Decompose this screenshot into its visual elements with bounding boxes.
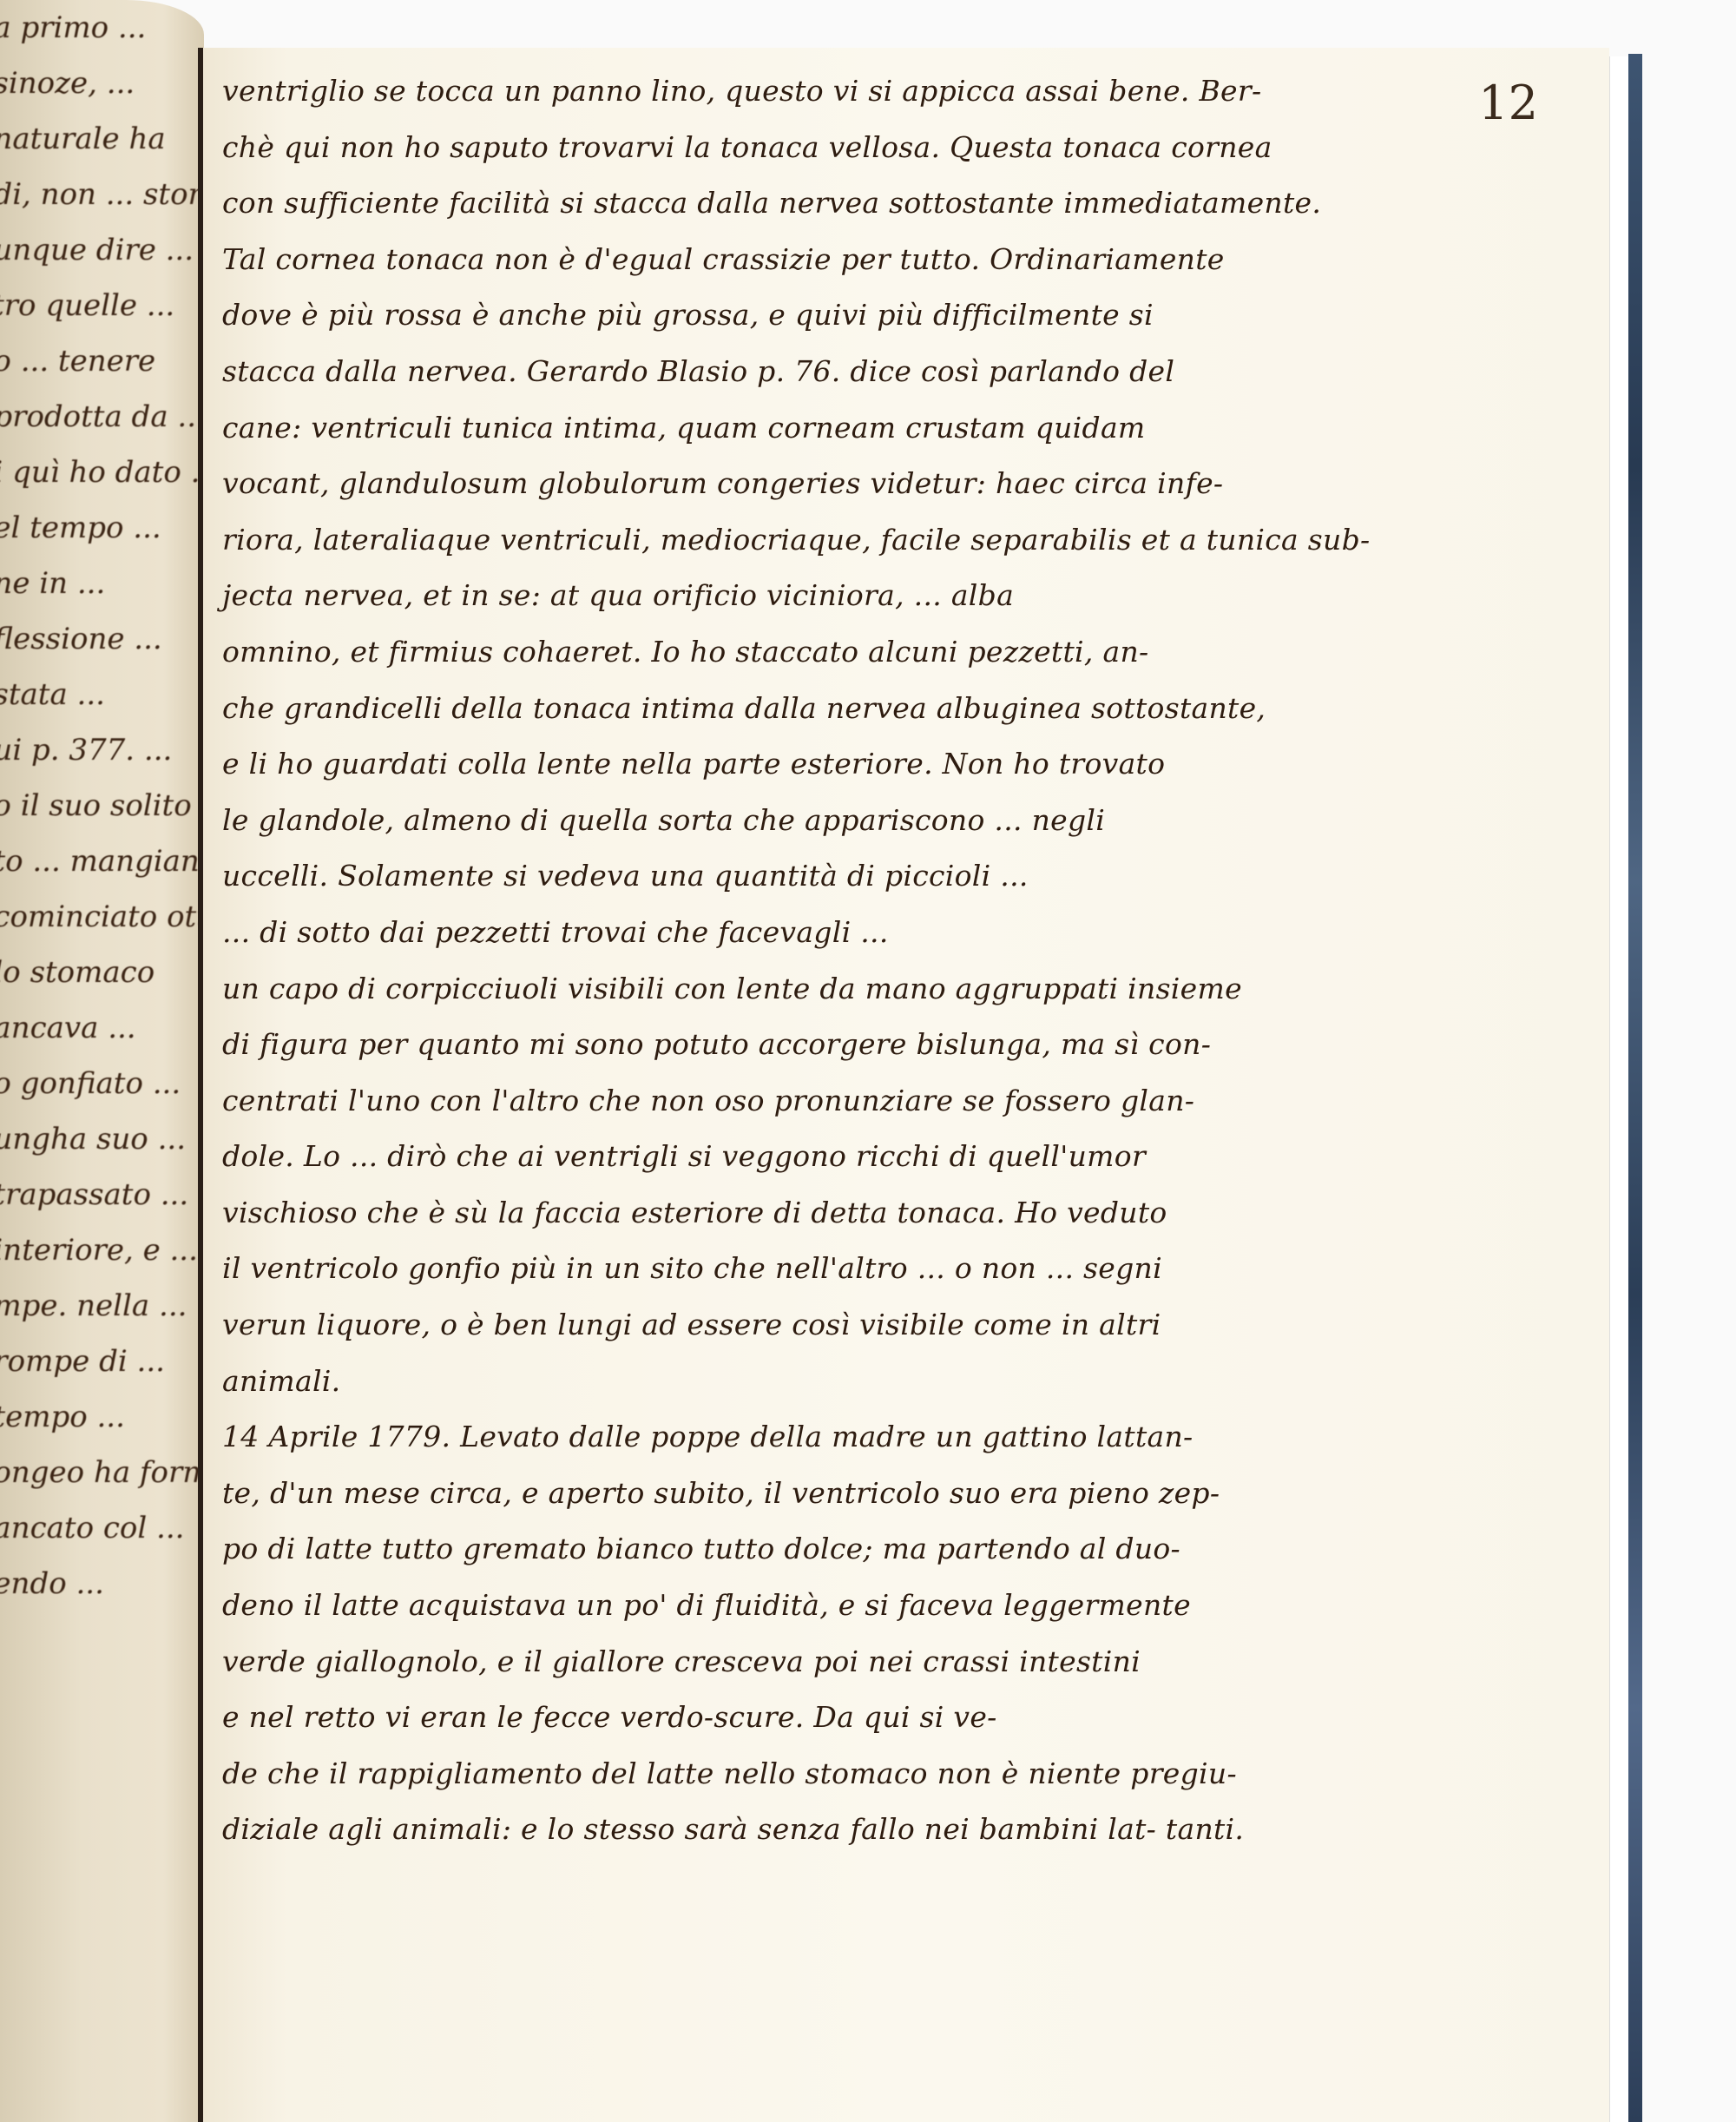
left-fragment: ...stata ... [0, 667, 191, 722]
left-fragment: ...rompe di ... [0, 1334, 191, 1389]
text-line: e nel retto vi eran le fecce verdo-scure… [222, 1690, 1557, 1746]
book-cover-edge [1628, 54, 1642, 2122]
right-page: 12 ventriglio se tocca un panno lino, qu… [203, 48, 1609, 2122]
left-page: ...a primo ... ...sinoze, ... ...natural… [0, 0, 204, 2122]
text-line: con sufficiente facilità si stacca dalla… [222, 175, 1557, 232]
text-line: di figura per quanto mi sono potuto acco… [222, 1017, 1557, 1073]
text-line: centrati l'uno con l'altro che non oso p… [222, 1073, 1557, 1130]
text-line: un capo di corpicciuoli visibili con len… [222, 961, 1557, 1018]
left-fragment: ...ancava ... [0, 1000, 191, 1056]
left-fragment: altro quelle ... [0, 278, 191, 333]
left-fragment: ...o il suo solito [0, 778, 191, 834]
text-line: jecta nervea, et in se: at qua orificio … [222, 568, 1557, 624]
left-fragment: ...cominciato otto ... [0, 889, 191, 945]
left-fragment: ...ongeo ha formato [0, 1445, 191, 1500]
text-line: animali. [222, 1354, 1557, 1410]
text-line: de che il rappigliamento del latte nello… [222, 1746, 1557, 1802]
text-line: stacca dalla nervea. Gerardo Blasio p. 7… [222, 344, 1557, 400]
left-fragment: ...o ... tenere [0, 333, 191, 389]
text-line: il ventricolo gonfio più in un sito che … [222, 1241, 1557, 1297]
page-edge [1609, 56, 1629, 2122]
left-fragment: ...tempo ... [0, 1389, 191, 1445]
text-line: cane: ventriculi tunica intima, quam cor… [222, 400, 1557, 457]
left-fragment: ...ungha suo ... [0, 1111, 191, 1167]
left-fragment: ...naturale ha [0, 111, 191, 167]
left-fragment: ...el tempo ... [0, 500, 191, 556]
text-line: dole. Lo ... dirò che ai ventrigli si ve… [222, 1129, 1557, 1185]
left-fragment: ...o gonfiato ... [0, 1056, 191, 1111]
left-fragment: ...unque dire ... [0, 222, 191, 278]
left-fragment: ...flessione ... [0, 611, 191, 667]
text-line: le glandole, almeno di quella sorta che … [222, 793, 1557, 849]
text-line: ventriglio se tocca un panno lino, quest… [222, 63, 1557, 120]
left-fragment: ...prodotta da ... [0, 389, 191, 445]
text-line: uccelli. Solamente si vedeva una quantit… [222, 848, 1557, 905]
text-line: diziale agli animali: e lo stesso sarà s… [222, 1802, 1557, 1858]
text-line: Tal cornea tonaca non è d'egual crassizi… [222, 232, 1557, 288]
left-fragment: ...endo ... [0, 1556, 191, 1611]
text-line: ... di sotto dai pezzetti trovai che fac… [222, 905, 1557, 961]
text-line: che grandicelli della tonaca intima dall… [222, 681, 1557, 737]
text-line: deno il latte acquistava un po' di fluid… [222, 1578, 1557, 1634]
left-page-text: ...a primo ... ...sinoze, ... ...natural… [0, 0, 191, 1611]
text-line: verde giallognolo, e il giallore crescev… [222, 1634, 1557, 1690]
left-fragment: ...lo stomaco [0, 945, 191, 1000]
text-line: riora, lateraliaque ventriculi, mediocri… [222, 512, 1557, 569]
left-fragment: ...ui p. 377. ... [0, 722, 191, 778]
text-line: 14 Aprile 1779. Levato dalle poppe della… [222, 1409, 1557, 1466]
left-fragment: ...ne in ... [0, 556, 191, 611]
text-line: vocant, glandulosum globulorum congeries… [222, 456, 1557, 512]
left-fragment: ...mpe. nella ... [0, 1278, 191, 1334]
manuscript-text: ventriglio se tocca un panno lino, quest… [222, 63, 1557, 1858]
text-line: chè qui non ho saputo trovarvi la tonaca… [222, 120, 1557, 176]
left-fragment: ...ancato col ... [0, 1500, 191, 1556]
text-line: po di latte tutto gremato bianco tutto d… [222, 1521, 1557, 1578]
left-fragment: ...trapassato ... [0, 1167, 191, 1222]
left-fragment: ...to ... mangiando [0, 834, 191, 889]
left-fragment: ...i quì ho dato ... [0, 445, 191, 500]
left-fragment: ...interiore, e ... [0, 1222, 191, 1278]
text-line: vischioso che è sù la faccia esteriore d… [222, 1185, 1557, 1242]
text-line: e li ho guardati colla lente nella parte… [222, 736, 1557, 793]
left-fragment: ...a primo ... [0, 0, 191, 56]
text-line: dove è più rossa è anche più grossa, e q… [222, 287, 1557, 344]
text-line: te, d'un mese circa, e aperto subito, il… [222, 1466, 1557, 1522]
text-line: omnino, et firmius cohaeret. Io ho stacc… [222, 624, 1557, 681]
text-line: verun liquore, o è ben lungi ad essere c… [222, 1297, 1557, 1354]
left-fragment: ...di, non ... stomaco [0, 167, 191, 222]
left-fragment: ...sinoze, ... [0, 56, 191, 111]
